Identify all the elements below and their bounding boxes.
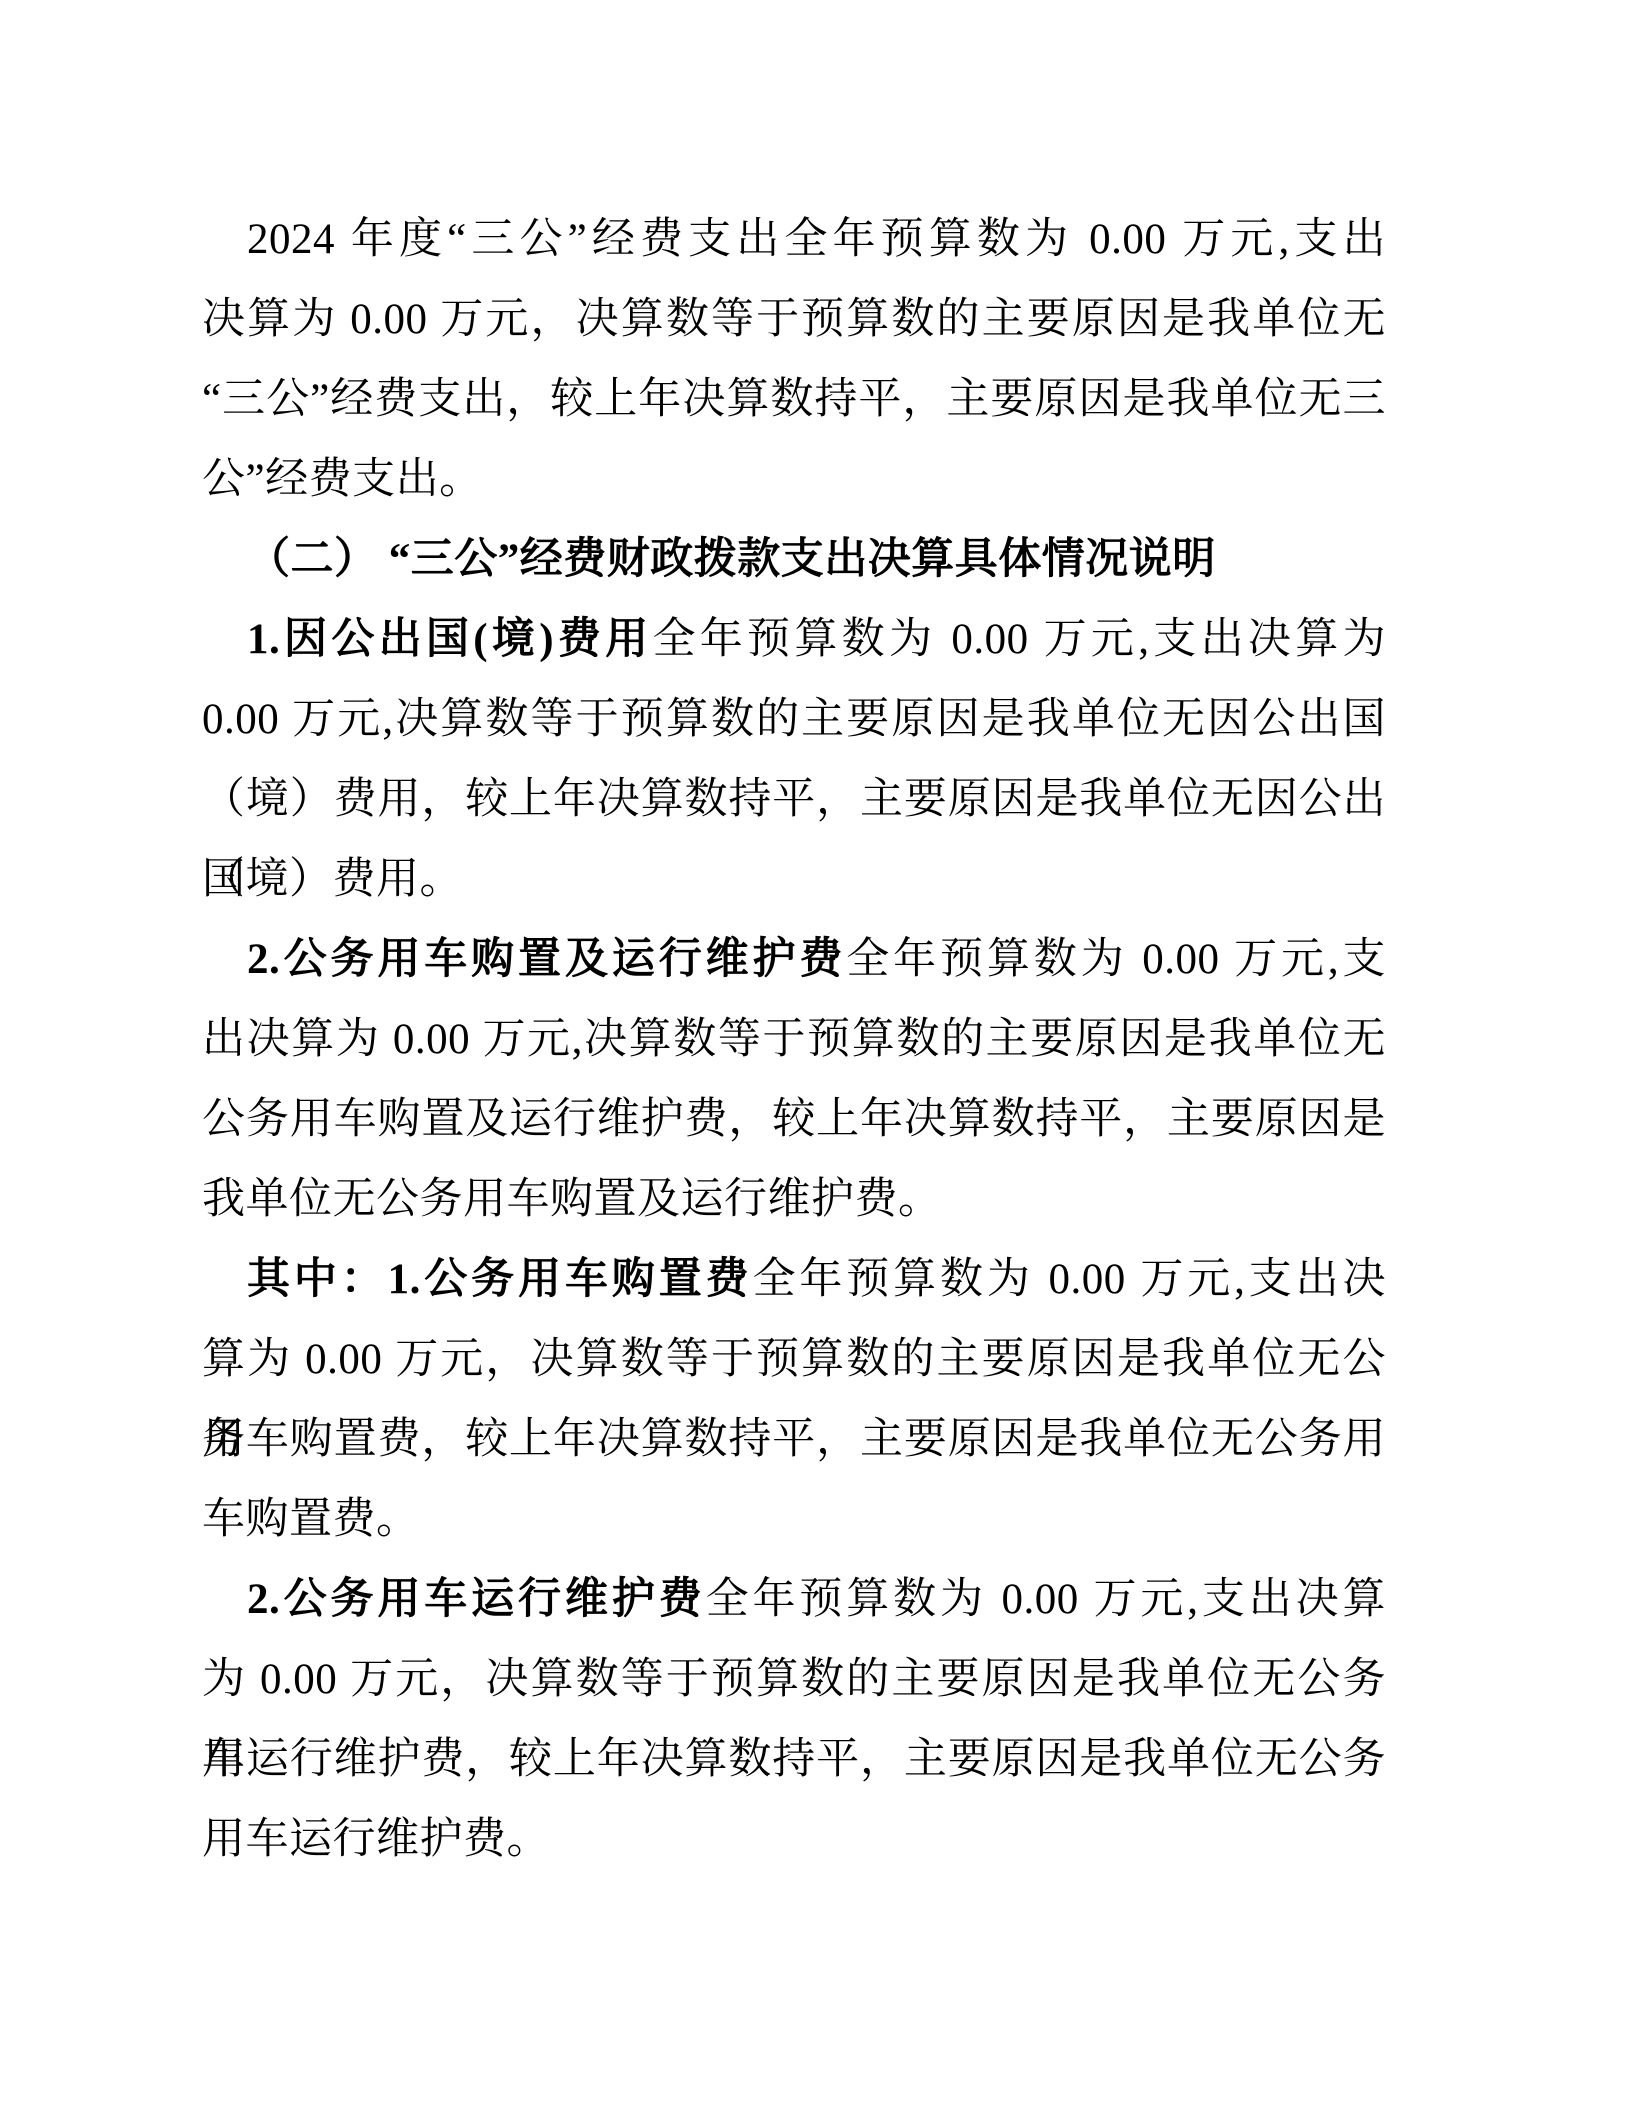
text-run: 全年预算数为 0.00 万元,支出决 xyxy=(753,1256,1387,1303)
text-run-bold: 其中：1.公务用车购置费 xyxy=(247,1256,753,1303)
document-line: “三公”经费支出，较上年决算数持平，主要原因是我单位无三 xyxy=(202,360,1386,440)
text-run: 车运行维护费，较上年决算数持平，主要原因是我单位无公务 xyxy=(202,1736,1386,1783)
text-run-bold: 2.公务用车购置及运行维护费 xyxy=(247,936,846,983)
document-line: 为 0.00 万元，决算数等于预算数的主要原因是我单位无公务用 xyxy=(202,1640,1386,1720)
document-line: 0.00 万元,决算数等于预算数的主要原因是我单位无因公出国 xyxy=(202,680,1386,760)
text-run: 2024 年度“三公”经费支出全年预算数为 0.00 万元,支出 xyxy=(247,216,1386,263)
text-run-bold: 2.公务用车运行维护费 xyxy=(247,1576,706,1623)
text-run: （境）费用。 xyxy=(202,856,463,903)
document-line: 车购置费。 xyxy=(202,1480,1386,1560)
document-line: 出决算为 0.00 万元,决算数等于预算数的主要原因是我单位无 xyxy=(202,1000,1386,1080)
text-run: 用车运行维护费。 xyxy=(202,1816,550,1863)
document-line: （境）费用，较上年决算数持平，主要原因是我单位无因公出国 xyxy=(202,760,1386,840)
document-line: 用车运行维护费。 xyxy=(202,1800,1386,1880)
document-line: 2024 年度“三公”经费支出全年预算数为 0.00 万元,支出 xyxy=(202,200,1386,280)
text-run: 公”经费支出。 xyxy=(202,456,483,503)
document-line: 车运行维护费，较上年决算数持平，主要原因是我单位无公务 xyxy=(202,1720,1386,1800)
document-line: 1.因公出国(境)费用全年预算数为 0.00 万元,支出决算为 xyxy=(202,600,1386,680)
document-page: 2024 年度“三公”经费支出全年预算数为 0.00 万元,支出决算为 0.00… xyxy=(0,0,1632,2112)
text-run-bold: （二） “三公”经费财政拨款支出决算具体情况说明 xyxy=(247,536,1216,583)
document-line: 2.公务用车购置及运行维护费全年预算数为 0.00 万元,支 xyxy=(202,920,1386,1000)
text-run: 我单位无公务用车购置及运行维护费。 xyxy=(202,1176,942,1223)
text-run-bold: 1.因公出国(境)费用 xyxy=(247,616,652,663)
text-run: 全年预算数为 0.00 万元,支出决算 xyxy=(706,1576,1386,1623)
document-line: （境）费用。 xyxy=(202,840,1386,920)
document-body: 2024 年度“三公”经费支出全年预算数为 0.00 万元,支出决算为 0.00… xyxy=(202,200,1386,1880)
text-run: 出决算为 0.00 万元,决算数等于预算数的主要原因是我单位无 xyxy=(202,1016,1386,1063)
document-line: 算为 0.00 万元，决算数等于预算数的主要原因是我单位无公务 xyxy=(202,1320,1386,1400)
text-run: 用车购置费，较上年决算数持平，主要原因是我单位无公务用 xyxy=(202,1416,1386,1463)
document-line: 用车购置费，较上年决算数持平，主要原因是我单位无公务用 xyxy=(202,1400,1386,1480)
document-line: 公务用车购置及运行维护费，较上年决算数持平，主要原因是 xyxy=(202,1080,1386,1160)
document-line: 其中：1.公务用车购置费全年预算数为 0.00 万元,支出决 xyxy=(202,1240,1386,1320)
text-run: 0.00 万元,决算数等于预算数的主要原因是我单位无因公出国 xyxy=(202,696,1386,743)
text-run: 决算为 0.00 万元，决算数等于预算数的主要原因是我单位无 xyxy=(202,296,1386,343)
text-run: 全年预算数为 0.00 万元,支出决算为 xyxy=(652,616,1386,663)
document-line: 决算为 0.00 万元，决算数等于预算数的主要原因是我单位无 xyxy=(202,280,1386,360)
text-run: “三公”经费支出，较上年决算数持平，主要原因是我单位无三 xyxy=(202,376,1386,423)
document-line: 我单位无公务用车购置及运行维护费。 xyxy=(202,1160,1386,1240)
document-line: 公”经费支出。 xyxy=(202,440,1386,520)
document-line: 2.公务用车运行维护费全年预算数为 0.00 万元,支出决算 xyxy=(202,1560,1386,1640)
text-run: 全年预算数为 0.00 万元,支 xyxy=(846,936,1386,983)
text-run: 公务用车购置及运行维护费，较上年决算数持平，主要原因是 xyxy=(202,1096,1386,1143)
text-run: 车购置费。 xyxy=(202,1496,420,1543)
document-line: （二） “三公”经费财政拨款支出决算具体情况说明 xyxy=(202,520,1386,600)
